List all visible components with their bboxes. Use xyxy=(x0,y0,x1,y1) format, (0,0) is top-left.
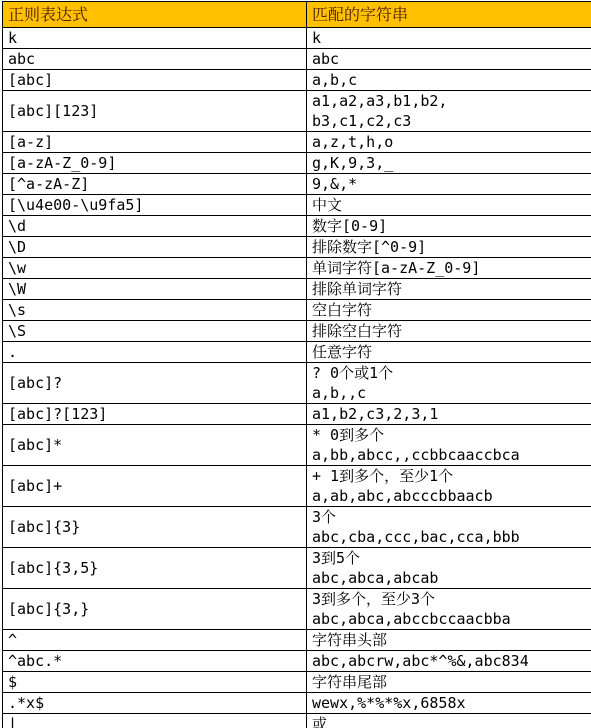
table-row: [abc][123]a1,a2,a3,b1,b2, b3,c1,c2,c3 xyxy=(3,91,591,132)
matched-string-cell: * 0到多个 a,bb,abcc,,ccbbcaaccbca xyxy=(307,425,591,466)
table-row: \s空白字符 xyxy=(3,300,591,321)
matched-string-cell: 3个 abc,cba,ccc,bac,cca,bbb xyxy=(307,507,591,548)
regex-pattern-cell: [a-zA-Z_0-9] xyxy=(3,153,307,174)
matched-string-cell: g,K,9,3,_ xyxy=(307,153,591,174)
regex-pattern-cell: \d xyxy=(3,216,307,237)
table-row: kk xyxy=(3,28,591,49)
regex-pattern-cell: [abc] xyxy=(3,70,307,91)
matched-string-cell: 3到5个 abc,abca,abcab xyxy=(307,548,591,589)
table-row: [abc]?[123]a1,b2,c3,2,3,1 xyxy=(3,404,591,425)
regex-pattern-cell: abc xyxy=(3,49,307,70)
matched-string-cell: abc,abcrw,abc*^%&,abc834 xyxy=(307,651,591,672)
table-row: .任意字符 xyxy=(3,342,591,363)
matched-string-cell: abc xyxy=(307,49,591,70)
table-row: \w单词字符[a-zA-Z_0-9] xyxy=(3,258,591,279)
header-row: 正则表达式 匹配的字符串 xyxy=(3,2,591,28)
regex-pattern-cell: \S xyxy=(3,321,307,342)
matched-string-cell: 字符串尾部 xyxy=(307,672,591,693)
matched-string-cell: 或 xyxy=(307,714,591,728)
regex-pattern-cell: [a-z] xyxy=(3,132,307,153)
regex-pattern-cell: [abc]{3} xyxy=(3,507,307,548)
matched-string-cell: 单词字符[a-zA-Z_0-9] xyxy=(307,258,591,279)
table-row: [abc]{3}3个 abc,cba,ccc,bac,cca,bbb xyxy=(3,507,591,548)
regex-pattern-cell: \D xyxy=(3,237,307,258)
table-body: kkabcabc[abc]a,b,c[abc][123]a1,a2,a3,b1,… xyxy=(3,28,591,728)
table-row: abcabc xyxy=(3,49,591,70)
matched-string-cell: 9,&,* xyxy=(307,174,591,195)
matched-string-cell: wewx,%*%*%x,6858x xyxy=(307,693,591,714)
table-row: ^字符串头部 xyxy=(3,630,591,651)
table-row: [abc]{3,5}3到5个 abc,abca,abcab xyxy=(3,548,591,589)
regex-pattern-cell: .*x$ xyxy=(3,693,307,714)
regex-pattern-cell: [abc][123] xyxy=(3,91,307,132)
matched-string-cell: 字符串头部 xyxy=(307,630,591,651)
regex-pattern-cell: [\u4e00-\u9fa5] xyxy=(3,195,307,216)
regex-pattern-cell: $ xyxy=(3,672,307,693)
table-row: [^a-zA-Z]9,&,* xyxy=(3,174,591,195)
regex-pattern-cell: ^ xyxy=(3,630,307,651)
header-col-match: 匹配的字符串 xyxy=(307,2,591,28)
regex-pattern-cell: . xyxy=(3,342,307,363)
regex-pattern-cell: [abc]?[123] xyxy=(3,404,307,425)
table-row: \d数字[0-9] xyxy=(3,216,591,237)
matched-string-cell: 3到多个，至少3个 abc,abca,abccbccaacbba xyxy=(307,589,591,630)
regex-pattern-cell: [abc]? xyxy=(3,363,307,404)
page: 正则表达式 匹配的字符串 kkabcabc[abc]a,b,c[abc][123… xyxy=(0,0,591,728)
table-row: \D排除数字[^0-9] xyxy=(3,237,591,258)
matched-string-cell: a1,a2,a3,b1,b2, b3,c1,c2,c3 xyxy=(307,91,591,132)
matched-string-cell: ? 0个或1个 a,b,,c xyxy=(307,363,591,404)
matched-string-cell: k xyxy=(307,28,591,49)
table-row: [abc]?? 0个或1个 a,b,,c xyxy=(3,363,591,404)
table-row: [abc]++ 1到多个，至少1个 a,ab,abc,abcccbbaacb xyxy=(3,466,591,507)
header-col-pattern: 正则表达式 xyxy=(3,2,307,28)
matched-string-cell: 排除数字[^0-9] xyxy=(307,237,591,258)
table-row: .*x$wewx,%*%*%x,6858x xyxy=(3,693,591,714)
matched-string-cell: 中文 xyxy=(307,195,591,216)
matched-string-cell: 排除单词字符 xyxy=(307,279,591,300)
table-row: [\u4e00-\u9fa5]中文 xyxy=(3,195,591,216)
regex-pattern-cell: [^a-zA-Z] xyxy=(3,174,307,195)
table-row: ^abc.*abc,abcrw,abc*^%&,abc834 xyxy=(3,651,591,672)
table-row: \S排除空白字符 xyxy=(3,321,591,342)
table-row: [abc]a,b,c xyxy=(3,70,591,91)
regex-pattern-cell: \s xyxy=(3,300,307,321)
table-row: $字符串尾部 xyxy=(3,672,591,693)
regex-pattern-cell: [abc]+ xyxy=(3,466,307,507)
matched-string-cell: 数字[0-9] xyxy=(307,216,591,237)
regex-pattern-cell: \W xyxy=(3,279,307,300)
table-row: [a-zA-Z_0-9]g,K,9,3,_ xyxy=(3,153,591,174)
matched-string-cell: a,b,c xyxy=(307,70,591,91)
regex-table: 正则表达式 匹配的字符串 kkabcabc[abc]a,b,c[abc][123… xyxy=(2,1,591,728)
table-row: \W排除单词字符 xyxy=(3,279,591,300)
table-header: 正则表达式 匹配的字符串 xyxy=(3,2,591,28)
regex-pattern-cell: [abc]{3,} xyxy=(3,589,307,630)
table-row: [abc]** 0到多个 a,bb,abcc,,ccbbcaaccbca xyxy=(3,425,591,466)
regex-pattern-cell: k xyxy=(3,28,307,49)
matched-string-cell: a1,b2,c3,2,3,1 xyxy=(307,404,591,425)
regex-pattern-cell: | xyxy=(3,714,307,728)
regex-pattern-cell: [abc]* xyxy=(3,425,307,466)
table-row: |或 xyxy=(3,714,591,728)
regex-pattern-cell: \w xyxy=(3,258,307,279)
matched-string-cell: a,z,t,h,o xyxy=(307,132,591,153)
matched-string-cell: 任意字符 xyxy=(307,342,591,363)
regex-pattern-cell: ^abc.* xyxy=(3,651,307,672)
matched-string-cell: 排除空白字符 xyxy=(307,321,591,342)
table-row: [abc]{3,}3到多个，至少3个 abc,abca,abccbccaacbb… xyxy=(3,589,591,630)
table-row: [a-z]a,z,t,h,o xyxy=(3,132,591,153)
regex-pattern-cell: [abc]{3,5} xyxy=(3,548,307,589)
matched-string-cell: + 1到多个，至少1个 a,ab,abc,abcccbbaacb xyxy=(307,466,591,507)
matched-string-cell: 空白字符 xyxy=(307,300,591,321)
